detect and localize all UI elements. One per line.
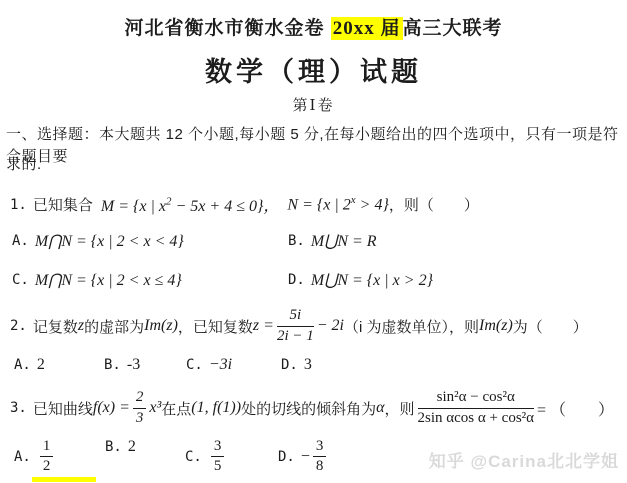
set-m-expression: M = {x | x2 − 5x + 4 ≤ 0}， [101,193,280,216]
fraction-numerator: 2 [133,389,147,408]
option-c-label: C. [186,357,203,373]
option-d-minus-sign: − [301,448,310,466]
option-d-label: D. [281,357,298,373]
question-3-option-b: B.2 [105,438,136,456]
z-equals: z = [253,317,274,335]
question-3-option-c: C.35 [185,438,227,476]
question-3-text-1: 已知曲线 [33,398,93,419]
question-2-number: 2. [10,318,27,334]
question-2-options-row: A.2 B.-3 C.−3i D.3 [0,356,627,386]
set-n-expression: N = {x | 2x > 4} [287,194,388,214]
option-b-label: B. [105,439,122,455]
set-m-post: − 5x + 4 ≤ 0}， [172,198,280,215]
fraction-denominator: 8 [313,457,327,475]
question-1-option-b: B.M⋃N = R [288,231,377,251]
set-m-pre: M = {x | x [101,198,166,215]
exam-title-suffix: 高三大联考 [403,18,503,39]
alpha-variable: α [376,399,384,417]
question-2-text-4: （i 为虚数单位），则 [344,316,479,337]
question-1-intro: 已知集合 [33,194,93,215]
exam-paper-page: 河北省衡水市衡水金卷 20xx 届高三大联考 数学（理）试题 第Ⅰ卷 一、选择题… [0,0,627,483]
exam-title: 河北省衡水市衡水金卷 20xx 届高三大联考 [0,13,627,40]
x-cubed-term: x³ [149,399,161,417]
exam-title-prefix: 河北省衡水市衡水金卷 [124,18,330,39]
question-3: 3. 已知曲线 f(x) = 23 x³ 在点 (1, f(1)) 处的切线的倾… [10,383,614,433]
question-1-options-row-2: C.M⋂N = {x | 2 < x ≤ 4} D.M⋃N = {x | x >… [0,270,627,300]
option-d-label: D. [278,449,295,465]
zhihu-watermark: 知乎 @Carina北北学姐 [429,447,619,472]
option-c-label: C. [185,449,202,465]
fraction-numerator: 1 [40,438,54,457]
fraction-denominator: 2 [40,457,54,475]
option-c-value: −3i [209,356,232,374]
option-b-value: 2 [128,438,136,456]
question-1-option-a: A.M⋂N = {x | 2 < x < 4} [12,231,184,251]
question-1-option-d: D.M⋃N = {x | x > 2} [288,270,433,290]
fraction-denominator: 3 [133,409,147,427]
trig-fraction: sin²α − cos²α2sin αcos α + cos²α [418,389,535,427]
im-z-notation-2: Im(z) [479,317,513,335]
fraction-numerator: sin²α − cos²α [418,389,535,408]
instructions-line-2: 求的. [6,154,625,176]
tangent-point: (1, f(1)) [191,399,241,417]
option-b-label: B. [288,233,305,249]
question-2-text-5: 为（ ） [513,316,588,337]
option-a-value: 2 [37,356,45,374]
option-b-label: B. [104,357,121,373]
coefficient-fraction: 23 [133,389,147,427]
question-1-options-row-1: A.M⋂N = {x | 2 < x < 4} B.M⋃N = R [0,231,627,261]
question-2-option-b: B.-3 [104,356,140,374]
question-3-text-2: 在点 [161,398,191,419]
question-2-text-3: ，已知复数 [178,316,253,337]
question-2-text-1: 记复数 [33,316,78,337]
option-a-label: A. [12,233,29,249]
fraction-denominator: 5 [211,457,225,475]
option-c-expression: M⋂N = {x | 2 < x ≤ 4} [35,270,182,290]
question-2-text-2: 的虚部为 [84,316,144,337]
fx-equals: f(x) = [93,399,130,417]
option-a-fraction: 12 [40,438,54,476]
option-d-fraction: 38 [313,438,327,476]
question-2-option-a: A.2 [14,356,45,374]
question-3-outro: = （ ） [537,397,614,420]
exam-title-highlighted-year: 20xx 届 [331,17,403,40]
question-1-number: 1. [10,197,27,213]
fraction-numerator: 3 [211,438,225,457]
fraction-denominator: 2sin αcos α + cos²α [418,409,535,427]
question-3-number: 3. [10,400,27,416]
option-c-fraction: 35 [211,438,225,476]
minus-2i-term: − 2i [317,317,344,335]
question-3-text-4: ，则 [384,398,414,419]
section-label: 第Ⅰ卷 [0,94,627,115]
highlight-underline [32,477,96,482]
option-b-expression: M⋃N = R [311,231,377,251]
option-d-expression: M⋃N = {x | x > 2} [311,270,433,290]
option-d-value: 3 [304,356,312,374]
option-a-label: A. [14,357,31,373]
option-b-value: -3 [127,356,140,374]
question-2: 2. 记复数 z 的虚部为 Im(z) ，已知复数 z = 5i2i − 1 −… [10,303,588,349]
option-a-label: A. [14,449,31,465]
question-1-outro: ，则（ ） [389,194,479,215]
fraction-numerator: 5i [277,307,314,326]
question-2-option-c: C.−3i [186,356,232,374]
question-1-option-c: C.M⋂N = {x | 2 < x ≤ 4} [12,270,182,290]
set-n-pre: N = {x | 2 [287,197,350,214]
fraction-numerator: 3 [313,438,327,457]
complex-fraction: 5i2i − 1 [277,307,314,345]
question-3-option-a: A.12 [14,438,56,476]
option-c-label: C. [12,272,29,288]
question-2-option-d: D.3 [281,356,312,374]
exam-subtitle: 数学（理）试题 [0,50,627,89]
question-3-option-d: D.−38 [278,438,329,476]
option-d-label: D. [288,272,305,288]
set-n-post: > 4} [356,197,389,214]
question-3-text-3: 处的切线的倾斜角为 [241,398,376,419]
option-a-expression: M⋂N = {x | 2 < x < 4} [35,231,184,251]
im-z-notation: Im(z) [144,317,178,335]
question-1: 1. 已知集合 M = {x | x2 − 5x + 4 ≤ 0}， N = {… [10,193,479,216]
fraction-denominator: 2i − 1 [277,327,314,345]
